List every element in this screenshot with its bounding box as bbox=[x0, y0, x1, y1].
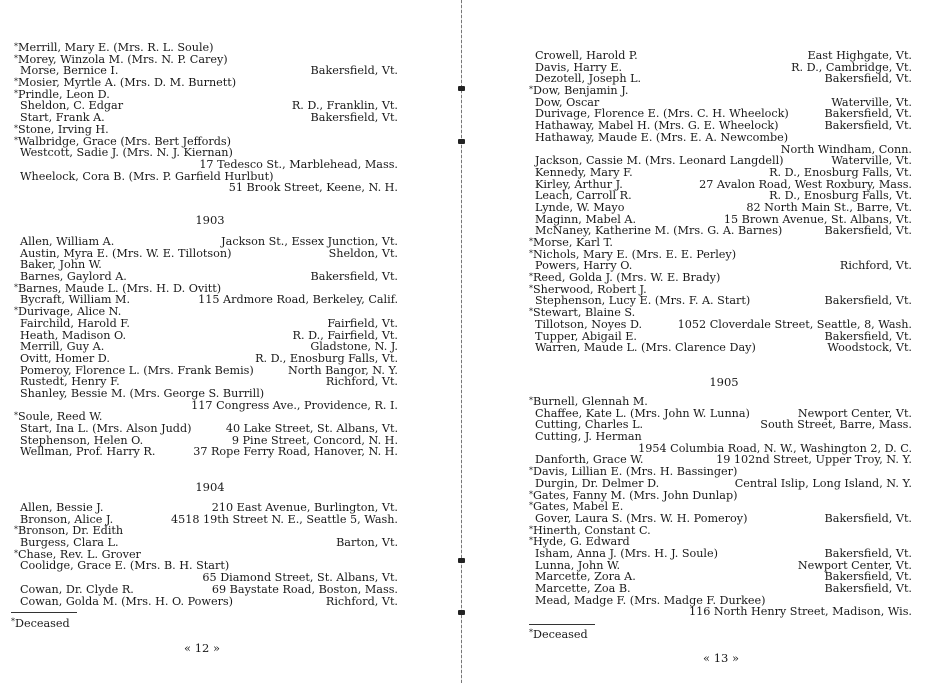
year-heading-1903: 1903 bbox=[190, 213, 230, 227]
entry-name: Isham, Anna J. (Mrs. H. J. Soule) bbox=[535, 548, 718, 560]
footnote-deceased: Deceased bbox=[11, 617, 70, 630]
book-spine bbox=[461, 0, 462, 683]
entry-name: Morse, Karl T. bbox=[529, 237, 613, 249]
year-heading-1905: 1905 bbox=[704, 375, 744, 389]
directory-entry: Warren, Maude L. (Mrs. Clarence Day)Wood… bbox=[535, 342, 912, 354]
entry-name: Cowan, Dr. Clyde R. bbox=[20, 584, 134, 596]
entry-name: Crowell, Harold P. bbox=[535, 50, 638, 62]
entry-name: Hathaway, Maude E. (Mrs. E. A. Newcombe) bbox=[535, 132, 788, 144]
entry-name: Reed, Golda J. (Mrs. W. E. Brady) bbox=[529, 272, 720, 284]
directory-entry: Crowell, Harold P.East Highgate, Vt. bbox=[535, 50, 912, 62]
entry-address: Bakersfield, Vt. bbox=[311, 271, 398, 283]
footnote-rule bbox=[11, 612, 77, 613]
directory-entry: Reed, Golda J. (Mrs. W. E. Brady) bbox=[535, 272, 912, 284]
page-number: « 13 » bbox=[703, 651, 739, 665]
entry-address: East Highgate, Vt. bbox=[807, 50, 912, 62]
entry-address: 17 Tedesco St., Marblehead, Mass. bbox=[199, 159, 398, 171]
entry-address: Fairfield, Vt. bbox=[327, 318, 398, 330]
directory-entry: 116 North Henry Street, Madison, Wis. bbox=[535, 606, 912, 618]
entry-name: Wellman, Prof. Harry R. bbox=[20, 446, 155, 458]
right-continued-list: Crowell, Harold P.East Highgate, Vt.Davi… bbox=[535, 50, 912, 354]
entry-address: Bakersfield, Vt. bbox=[825, 120, 912, 132]
directory-entry: Isham, Anna J. (Mrs. H. J. Soule)Bakersf… bbox=[535, 548, 912, 560]
entry-name: Fairchild, Harold F. bbox=[20, 318, 130, 330]
entry-address: Bakersfield, Vt. bbox=[825, 513, 912, 525]
directory-entry: 51 Brook Street, Keene, N. H. bbox=[20, 182, 398, 194]
entry-address: Central Islip, Long Island, N. Y. bbox=[735, 478, 912, 490]
class-1905-list: Burnell, Glennah M.Chaffee, Kate L. (Mrs… bbox=[535, 396, 912, 618]
entry-name: Durgin, Dr. Delmer D. bbox=[535, 478, 659, 490]
entry-address: 82 North Main St., Barre, Vt. bbox=[746, 202, 912, 214]
directory-entry: Cowan, Golda M. (Mrs. H. O. Powers)Richf… bbox=[20, 596, 398, 608]
entry-address: 37 Rope Ferry Road, Hanover, N. H. bbox=[193, 446, 398, 458]
entry-address: Jackson St., Essex Junction, Vt. bbox=[221, 236, 398, 248]
entry-name: Start, Ina L. (Mrs. Alson Judd) bbox=[20, 423, 191, 435]
entry-name: Merrill, Mary E. (Mrs. R. L. Soule) bbox=[14, 42, 214, 54]
entry-address: South Street, Barre, Mass. bbox=[760, 419, 912, 431]
entry-name: Burgess, Clara L. bbox=[20, 537, 119, 549]
entry-address: 115 Ardmore Road, Berkeley, Calif. bbox=[198, 294, 398, 306]
entry-name: Cutting, J. Herman bbox=[535, 431, 642, 443]
entry-address: Richford, Vt. bbox=[840, 260, 912, 272]
entry-name: Burnell, Glennah M. bbox=[529, 396, 648, 408]
left-continued-list: Merrill, Mary E. (Mrs. R. L. Soule)Morey… bbox=[20, 42, 398, 194]
footnote-deceased: Deceased bbox=[529, 628, 588, 641]
page-number: « 12 » bbox=[184, 641, 220, 655]
entry-name: Shanley, Bessie M. (Mrs. George S. Burri… bbox=[20, 388, 264, 400]
entry-address: 40 Lake Street, St. Albans, Vt. bbox=[226, 423, 398, 435]
footnote-rule bbox=[529, 624, 595, 625]
entry-name: Warren, Maude L. (Mrs. Clarence Day) bbox=[535, 342, 756, 354]
directory-entry: Fairchild, Harold F.Fairfield, Vt. bbox=[20, 318, 398, 330]
directory-entry: Cowan, Dr. Clyde R.69 Baystate Road, Bos… bbox=[20, 584, 398, 596]
directory-entry: Wellman, Prof. Harry R.37 Rope Ferry Roa… bbox=[20, 446, 398, 458]
entry-address: R. D., Enosburg Falls, Vt. bbox=[255, 353, 398, 365]
directory-entry: Ovitt, Homer D.R. D., Enosburg Falls, Vt… bbox=[20, 353, 398, 365]
entry-address: Bakersfield, Vt. bbox=[825, 583, 912, 595]
entry-address: Richford, Vt. bbox=[326, 596, 398, 608]
entry-address: Bakersfield, Vt. bbox=[825, 295, 912, 307]
directory-entry: Start, Ina L. (Mrs. Alson Judd)40 Lake S… bbox=[20, 423, 398, 435]
entry-address: 69 Baystate Road, Boston, Mass. bbox=[212, 584, 398, 596]
entry-address: R. D., Enosburg Falls, Vt. bbox=[769, 167, 912, 179]
entry-name: Ovitt, Homer D. bbox=[20, 353, 110, 365]
directory-entry: Shanley, Bessie M. (Mrs. George S. Burri… bbox=[20, 388, 398, 400]
entry-address: Bakersfield, Vt. bbox=[825, 548, 912, 560]
entry-name: Allen, William A. bbox=[20, 236, 114, 248]
entry-name: Mosier, Myrtle A. (Mrs. D. M. Burnett) bbox=[14, 77, 236, 89]
class-1903-list: Allen, William A.Jackson St., Essex Junc… bbox=[20, 236, 398, 458]
entry-name: Allen, Bessie J. bbox=[20, 502, 103, 514]
entry-address: Sheldon, Vt. bbox=[329, 248, 398, 260]
directory-entry: Durgin, Dr. Delmer D.Central Islip, Long… bbox=[535, 478, 912, 490]
directory-entry: Morse, Karl T. bbox=[535, 237, 912, 249]
entry-address: 1052 Cloverdale Street, Seattle, 8, Wash… bbox=[678, 319, 912, 331]
entry-name: Cowan, Golda M. (Mrs. H. O. Powers) bbox=[20, 596, 233, 608]
entry-name: Barnes, Gaylord A. bbox=[20, 271, 127, 283]
entry-name: Gover, Laura S. (Mrs. W. H. Pomeroy) bbox=[535, 513, 747, 525]
entry-name: Coolidge, Grace E. (Mrs. B. H. Start) bbox=[20, 560, 229, 572]
entry-address: 210 East Avenue, Burlington, Vt. bbox=[212, 502, 398, 514]
entry-name: Tillotson, Noyes D. bbox=[535, 319, 642, 331]
entry-address: 116 North Henry Street, Madison, Wis. bbox=[689, 606, 912, 618]
entry-address: 117 Congress Ave., Providence, R. I. bbox=[191, 400, 398, 412]
entry-name: Stone, Irving H. bbox=[14, 124, 109, 136]
entry-address: Woodstock, Vt. bbox=[827, 342, 912, 354]
entry-address: 19 102nd Street, Upper Troy, N. Y. bbox=[716, 454, 912, 466]
left-page: Merrill, Mary E. (Mrs. R. L. Soule)Morey… bbox=[0, 0, 462, 683]
directory-entry: Burgess, Clara L.Barton, Vt. bbox=[20, 537, 398, 549]
directory-entry: Mosier, Myrtle A. (Mrs. D. M. Burnett) bbox=[20, 77, 398, 89]
entry-name: Dow, Benjamin J. bbox=[529, 85, 628, 97]
directory-entry: Tillotson, Noyes D.1052 Cloverdale Stree… bbox=[535, 319, 912, 331]
directory-entry: Allen, Bessie J.210 East Avenue, Burling… bbox=[20, 502, 398, 514]
entry-name: Marcette, Zoa B. bbox=[535, 583, 631, 595]
directory-entry: Allen, William A.Jackson St., Essex Junc… bbox=[20, 236, 398, 248]
year-heading-1904: 1904 bbox=[190, 480, 230, 494]
class-1904-list: Allen, Bessie J.210 East Avenue, Burling… bbox=[20, 502, 398, 607]
directory-entry: 17 Tedesco St., Marblehead, Mass. bbox=[20, 159, 398, 171]
entry-address: Bakersfield, Vt. bbox=[825, 73, 912, 85]
directory-entry: Dow, Benjamin J. bbox=[535, 85, 912, 97]
entry-address: Richford, Vt. bbox=[326, 376, 398, 388]
directory-entry: Stone, Irving H. bbox=[20, 124, 398, 136]
directory-entry: Merrill, Mary E. (Mrs. R. L. Soule) bbox=[20, 42, 398, 54]
entry-address: Bakersfield, Vt. bbox=[311, 112, 398, 124]
directory-entry: Cutting, J. Herman bbox=[535, 431, 912, 443]
directory-entry: Marcette, Zoa B.Bakersfield, Vt. bbox=[535, 583, 912, 595]
directory-entry: Burnell, Glennah M. bbox=[535, 396, 912, 408]
directory-entry: Lynde, W. Mayo82 North Main St., Barre, … bbox=[535, 202, 912, 214]
directory-entry: Kennedy, Mary F.R. D., Enosburg Falls, V… bbox=[535, 167, 912, 179]
directory-entry: Hathaway, Maude E. (Mrs. E. A. Newcombe) bbox=[535, 132, 912, 144]
entry-name: Kennedy, Mary F. bbox=[535, 167, 633, 179]
right-page: Crowell, Harold P.East Highgate, Vt.Davi… bbox=[463, 0, 941, 683]
directory-entry: Gover, Laura S. (Mrs. W. H. Pomeroy)Bake… bbox=[535, 513, 912, 525]
entry-address: Bakersfield, Vt. bbox=[311, 65, 398, 77]
entry-address: Bakersfield, Vt. bbox=[825, 225, 912, 237]
entry-name: Lynde, W. Mayo bbox=[535, 202, 625, 214]
entry-address: 51 Brook Street, Keene, N. H. bbox=[229, 182, 398, 194]
entry-address: Barton, Vt. bbox=[336, 537, 398, 549]
directory-entry: Barnes, Gaylord A.Bakersfield, Vt. bbox=[20, 271, 398, 283]
entry-address: 4518 19th Street N. E., Seattle 5, Wash. bbox=[171, 514, 398, 526]
